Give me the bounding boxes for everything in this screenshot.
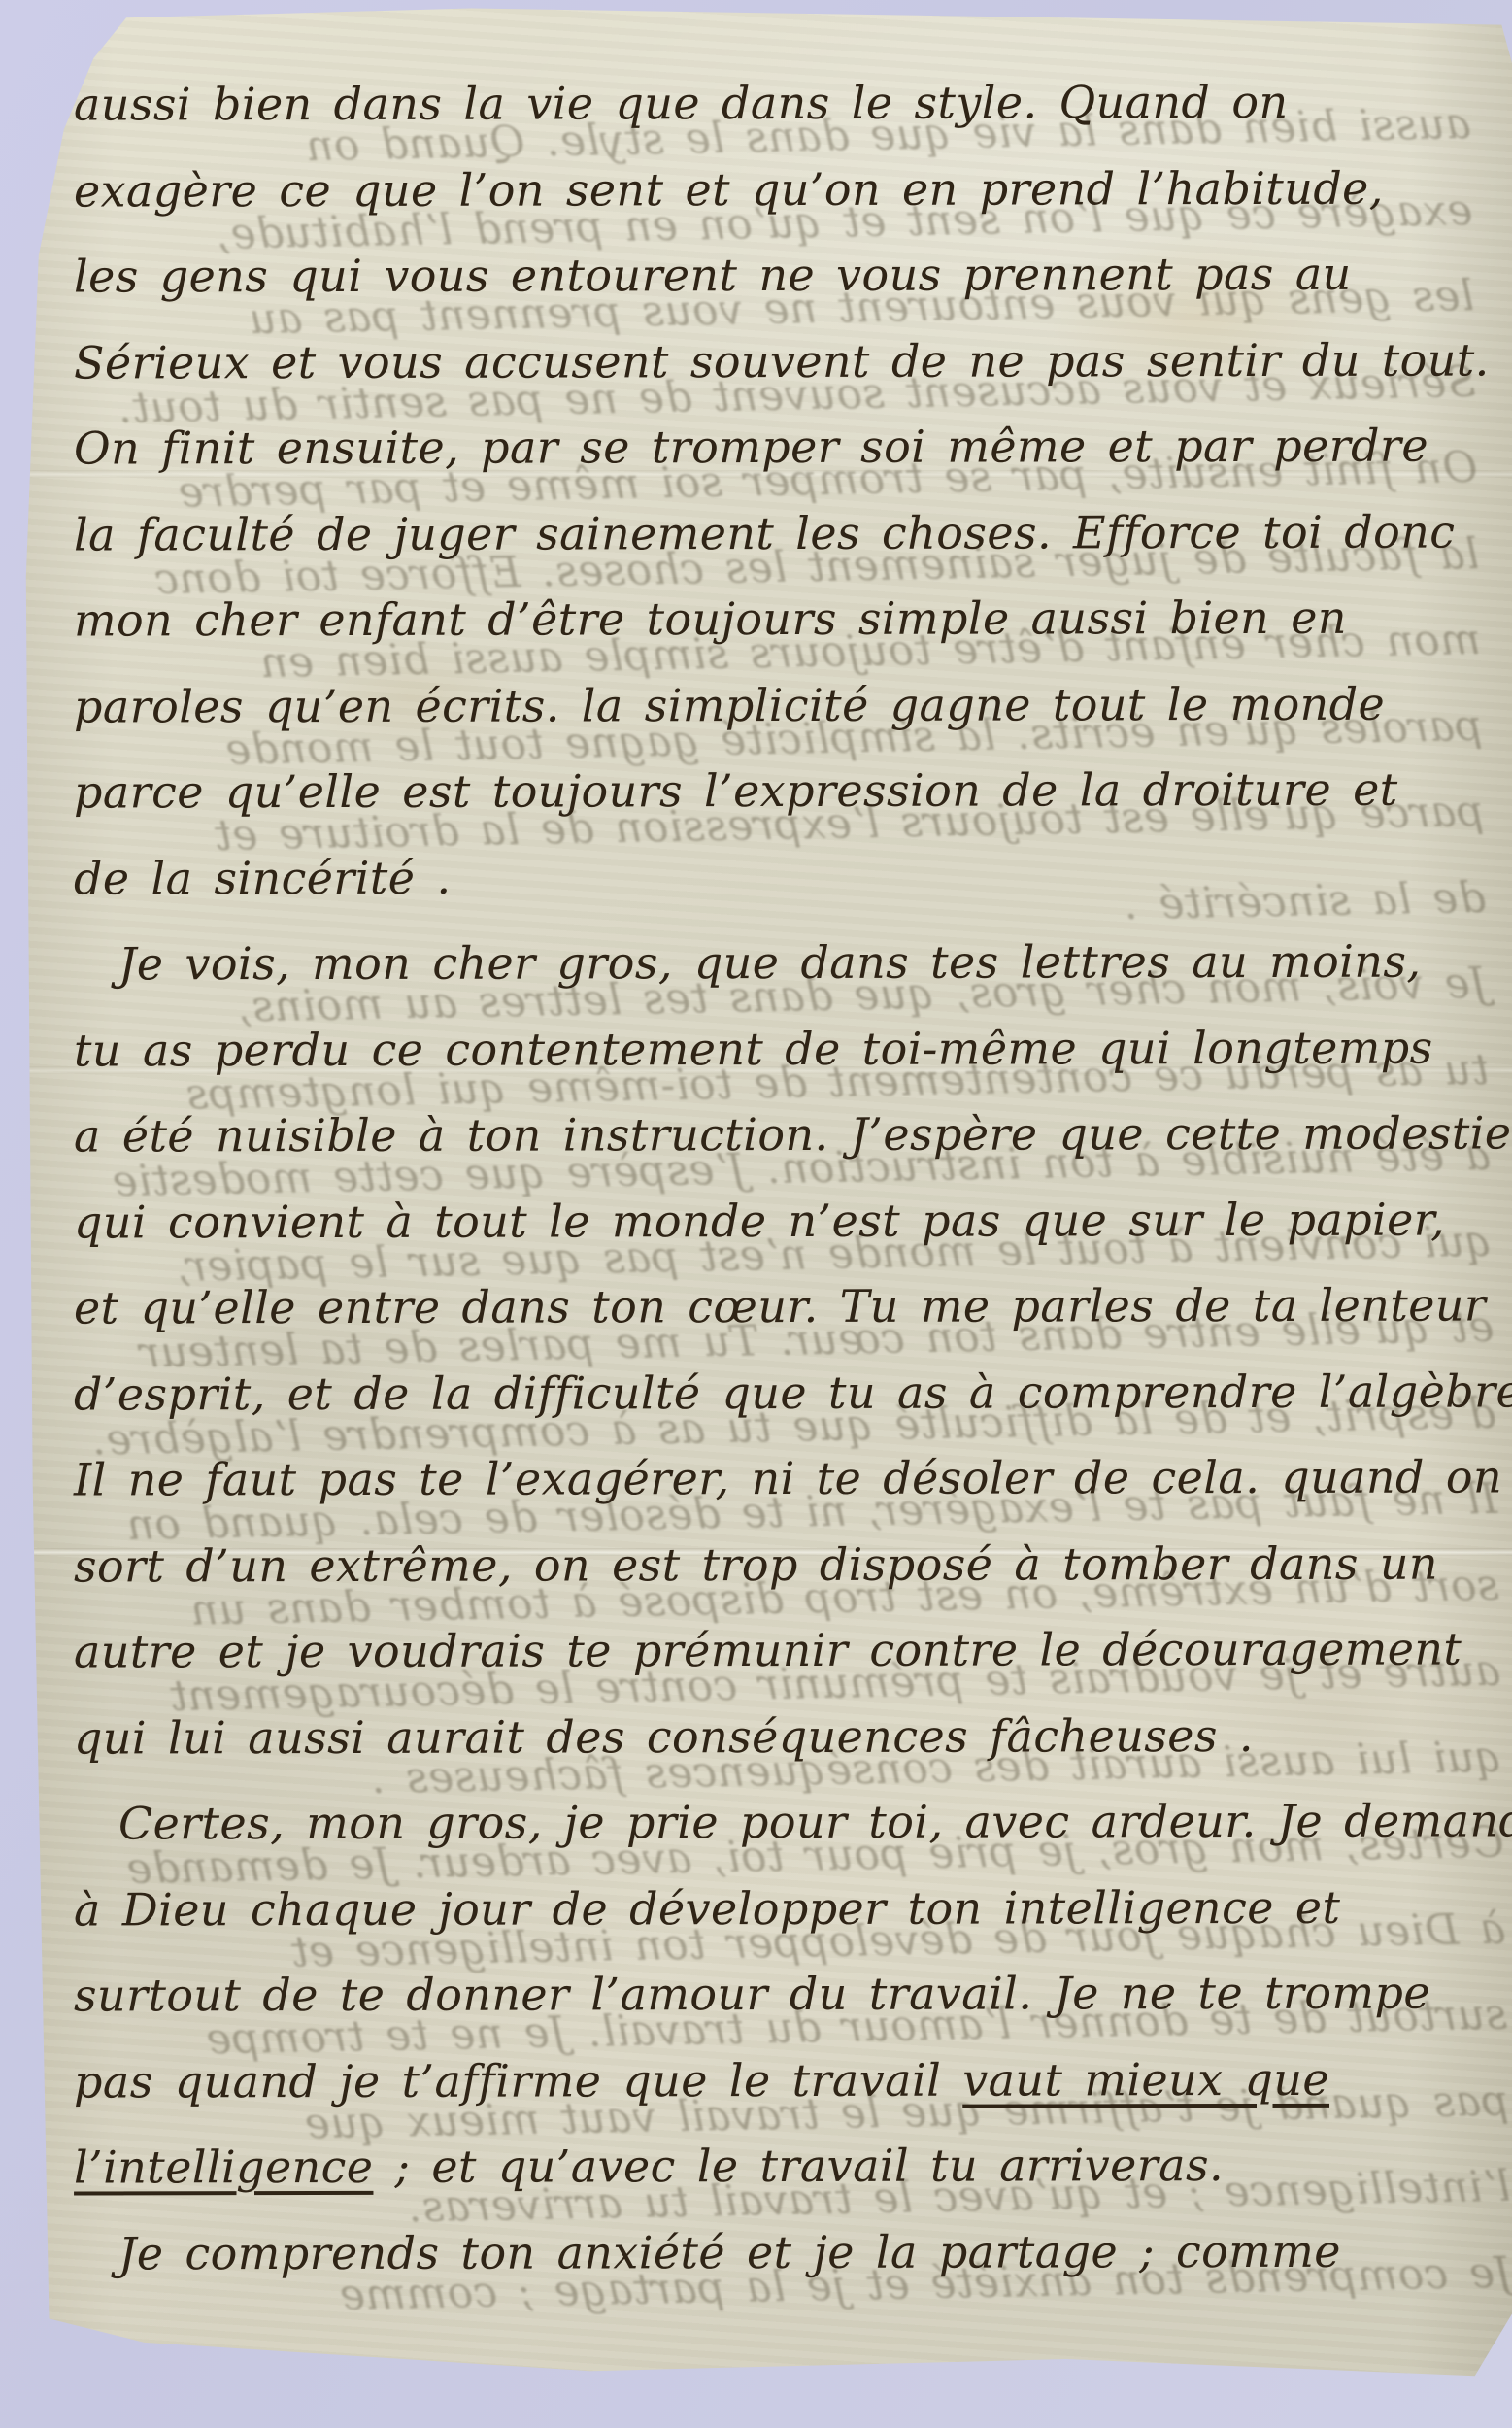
underlined-words: vaut mieux que — [962, 2052, 1329, 2106]
handwriting-line: Je comprends ton anxiété et je la partag… — [74, 2208, 1501, 2297]
handwriting-line: paroles qu’en écrits. la simplicité gagn… — [74, 660, 1501, 750]
handwriting-line: la faculté de juger sainement les choses… — [74, 489, 1501, 578]
handwriting-line: a été nuisible à ton instruction. J’espè… — [74, 1090, 1501, 1179]
handwriting-line: pas quand je t’affirme que le travail va… — [74, 2036, 1501, 2125]
handwriting-line: autre et je voudrais te prémunir contre … — [74, 1605, 1501, 1695]
handwriting-line: qui lui aussi aurait des conséquences fâ… — [74, 1692, 1501, 1781]
handwriting-line: qui convient à tout le monde n’est pas q… — [74, 1176, 1501, 1265]
handwriting-line: exagère ce que l’on sent et qu’on en pre… — [74, 145, 1501, 234]
handwriting-line: mon cher enfant d’être toujours simple a… — [74, 574, 1501, 663]
handwriting-line: l’intelligence ; et qu’avec le travail t… — [74, 2121, 1501, 2210]
handwriting-text-layer: aussi bien dans la vie que dans le style… — [74, 60, 1501, 2295]
handwriting-line: et qu’elle entre dans ton cœur. Tu me pa… — [74, 1262, 1501, 1351]
handwriting-line: Certes, mon gros, je prie pour toi, avec… — [74, 1777, 1501, 1867]
underlined-words: l’intelligence — [74, 2141, 374, 2194]
handwriting-line: Sérieux et vous accusent souvent de ne p… — [74, 317, 1501, 406]
handwriting-line: de la sincérité . — [74, 832, 1501, 922]
handwriting-line: surtout de te donner l’amour du travail.… — [74, 1949, 1501, 2039]
handwriting-line: Il ne faut pas te l’exagérer, ni te déso… — [74, 1433, 1501, 1523]
handwriting-line: d’esprit, et de la difficulté que tu as … — [74, 1348, 1501, 1437]
handwriting-line: Je vois, mon cher gros, que dans tes let… — [74, 918, 1501, 1007]
handwriting-line: tu as perdu ce contentement de toi-même … — [74, 1004, 1501, 1094]
handwriting-line: aussi bien dans la vie que dans le style… — [74, 58, 1501, 148]
handwriting-line: à Dieu chaque jour de développer ton int… — [74, 1864, 1501, 1953]
handwriting-line: sort d’un extrême, on est trop disposé à… — [74, 1520, 1501, 1609]
handwriting-line: les gens qui vous entourent ne vous pren… — [74, 230, 1501, 320]
letter-paper: aussi bien dans la vie que dans le style… — [25, 6, 1512, 2385]
handwriting-line: parce qu’elle est toujours l’expression … — [74, 746, 1501, 835]
handwriting-line: On finit ensuite, par se tromper soi mêm… — [74, 402, 1501, 491]
